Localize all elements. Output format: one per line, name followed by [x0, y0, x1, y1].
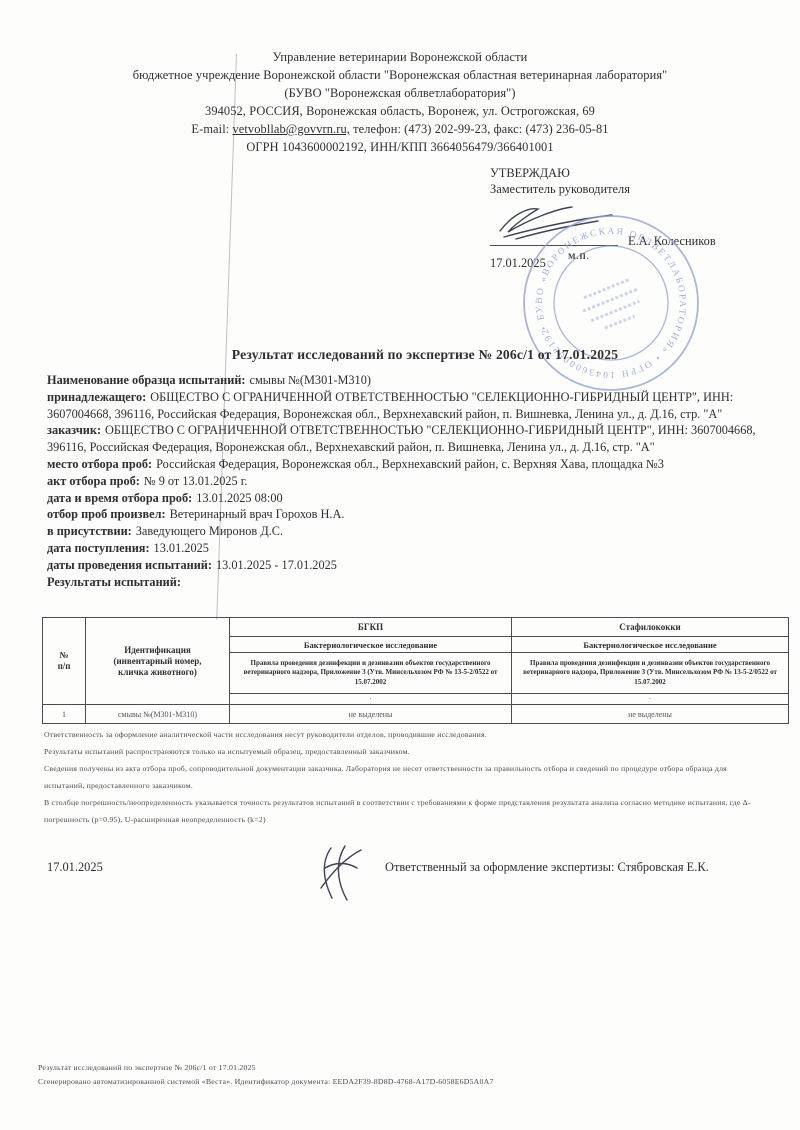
approver-signature-icon — [494, 199, 619, 247]
field-value: Ветеринарный врач Горохов Н.А. — [170, 507, 345, 521]
results-label: Результаты испытаний: — [47, 574, 759, 591]
sample-info: Наименование образца испытаний:смывы №(М… — [47, 372, 759, 590]
row-id: смывы №(М301-М310) — [86, 705, 230, 724]
field-label: принадлежащего: — [47, 390, 146, 404]
note-sampling-info: Сведения получены из акта отбора проб, с… — [44, 760, 762, 794]
signoff-row: 17.01.2025 Ответственный за оформление э… — [0, 852, 800, 912]
group2-subtitle: Бактериологическое исследование — [512, 637, 789, 653]
results-table-wrap: № п/п Идентификация (инвентарный номер, … — [42, 617, 789, 724]
row-result-2: не выделены — [512, 705, 789, 724]
row-num: 1 — [43, 705, 86, 724]
field-customer: заказчик:ОБЩЕСТВО С ОГРАНИЧЕННОЙ ОТВЕТСТ… — [47, 422, 759, 456]
field-label: дата и время отбора проб: — [47, 491, 192, 505]
col-num-header: № п/п — [43, 618, 86, 705]
field-sampling-act: акт отбора проб:№ 9 от 13.01.2025 г. — [47, 473, 759, 490]
field-label: даты проведения испытаний: — [47, 558, 212, 572]
disclaimer-notes: Ответственность за оформление аналитичес… — [44, 726, 762, 828]
group1-name: БГКП — [230, 618, 512, 637]
org-name: Управление ветеринарии Воронежской облас… — [0, 48, 800, 66]
org-contacts: E-mail: vetvobllab@govvrn.ru, телефон: (… — [0, 120, 800, 138]
field-sampling-datetime: дата и время отбора проб:13.01.2025 08:0… — [47, 490, 759, 507]
field-label: место отбора проб: — [47, 457, 152, 471]
field-value: ОБЩЕСТВО С ОГРАНИЧЕННОЙ ОТВЕТСТВЕННОСТЬЮ… — [47, 423, 756, 454]
document-page: Управление ветеринарии Воронежской облас… — [0, 0, 800, 1130]
field-label: отбор проб произвел: — [47, 507, 166, 521]
table-row: 1 смывы №(М301-М310) не выделены не выде… — [43, 705, 789, 724]
org-fullname: бюджетное учреждение Воронежской области… — [0, 66, 800, 84]
group1-subtitle: Бактериологическое исследование — [230, 637, 512, 653]
group1-dot: · — [230, 694, 512, 705]
org-address: 394052, РОССИЯ, Воронежская область, Вор… — [0, 102, 800, 120]
field-sample-name: Наименование образца испытаний:смывы №(М… — [47, 372, 759, 389]
field-sampled-by: отбор проб произвел:Ветеринарный врач Го… — [47, 506, 759, 523]
org-ogrn-inn: ОГРН 1043600002192, ИНН/КПП 3664056479/3… — [0, 138, 800, 156]
col-id-header: Идентификация (инвентарный номер, кличка… — [86, 618, 230, 705]
field-receipt-date: дата поступления:13.01.2025 — [47, 540, 759, 557]
note-responsibility: Ответственность за оформление аналитичес… — [44, 726, 762, 743]
signoff-date: 17.01.2025 — [47, 860, 103, 875]
approval-date: 17.01.2025 — [490, 255, 780, 271]
note-scope: Результаты испытаний распространяются то… — [44, 743, 762, 760]
doc-footer: Результат исследований по экспертизе № 2… — [38, 1061, 770, 1088]
field-label: в присутствии: — [47, 524, 132, 538]
phone-fax: телефон: (473) 202-99-23, факс: (473) 23… — [353, 122, 608, 136]
field-value: 13.01.2025 — [154, 541, 209, 555]
field-value: № 9 от 13.01.2025 г. — [144, 474, 248, 488]
email-label: E-mail: — [191, 122, 229, 136]
approval-signature-row: Е.А. Колесников — [490, 201, 780, 253]
note-uncertainty: В столбце погрешность/неопределенность у… — [44, 794, 762, 828]
footer-generated-by: Сгенерировано автоматизированной системо… — [38, 1075, 770, 1089]
group2-method: Правила проведения дезинфекции и дезинва… — [512, 653, 789, 694]
field-label: акт отбора проб: — [47, 474, 140, 488]
approver-name: Е.А. Колесников — [628, 233, 716, 249]
responsible-person: Ответственный за оформление экспертизы: … — [385, 860, 709, 875]
approve-label: УТВЕРЖДАЮ — [490, 165, 780, 181]
footer-expertise-ref: Результат исследований по экспертизе № 2… — [38, 1061, 770, 1075]
field-label: дата поступления: — [47, 541, 150, 555]
field-value: 13.01.2025 - 17.01.2025 — [216, 558, 337, 572]
org-shortname: (БУВО "Воронежская облветлаборатория") — [0, 84, 800, 102]
results-table: № п/п Идентификация (инвентарный номер, … — [42, 617, 789, 724]
field-value: смывы №(М301-М310) — [250, 373, 371, 387]
field-label: заказчик: — [47, 423, 101, 437]
field-value: Заведующего Миронов Д.С. — [136, 524, 283, 538]
field-label: Наименование образца испытаний: — [47, 373, 246, 387]
approver-position: Заместитель руководителя — [490, 181, 780, 197]
group1-method: Правила проведения дезинфекции и дезинва… — [230, 653, 512, 694]
row-result-1: не выделены — [230, 705, 512, 724]
field-value: ОБЩЕСТВО С ОГРАНИЧЕННОЙ ОТВЕТСТВЕННОСТЬЮ… — [47, 390, 733, 421]
signature-underline — [490, 245, 618, 246]
email-link[interactable]: vetvobllab@govvrn.ru, — [233, 122, 350, 136]
field-sampling-place: место отбора проб:Российская Федерация, … — [47, 456, 759, 473]
field-value: Российская Федерация, Воронежская обл., … — [156, 457, 664, 471]
group2-dot: · — [512, 694, 789, 705]
field-value: 13.01.2025 08:00 — [196, 491, 282, 505]
approval-block: УТВЕРЖДАЮ Заместитель руководителя Е.А. … — [490, 165, 780, 271]
org-header: Управление ветеринарии Воронежской облас… — [0, 48, 800, 156]
field-witness: в присутствии:Заведующего Миронов Д.С. — [47, 523, 759, 540]
responsible-signature-icon — [315, 844, 365, 902]
group2-name: Стафилококки — [512, 618, 789, 637]
page-title: Результат исследований по экспертизе № 2… — [70, 347, 780, 363]
field-test-dates: даты проведения испытаний:13.01.2025 - 1… — [47, 557, 759, 574]
field-owner: принадлежащего:ОБЩЕСТВО С ОГРАНИЧЕННОЙ О… — [47, 389, 759, 423]
